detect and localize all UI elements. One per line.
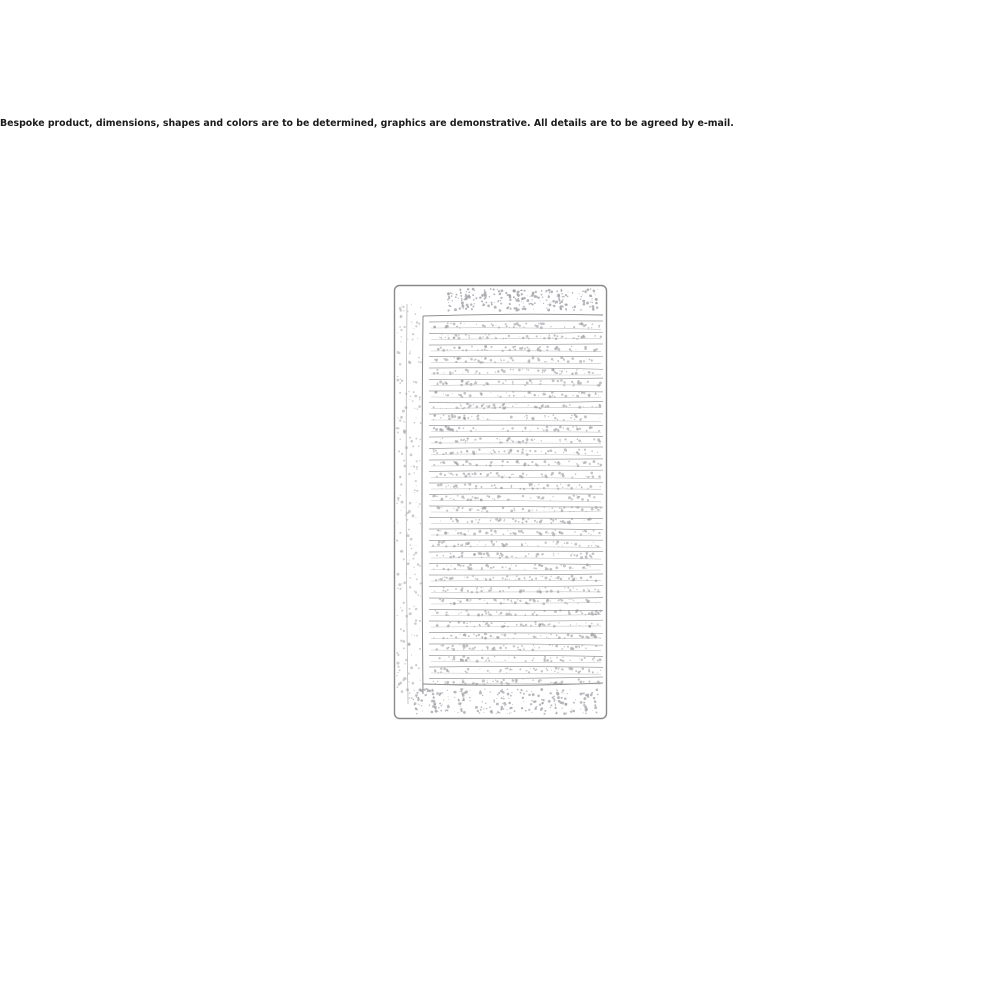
product-image	[393, 284, 608, 720]
sketched-rug-graphic-icon	[393, 284, 608, 720]
disclaimer-text: Bespoke product, dimensions, shapes and …	[0, 118, 734, 129]
